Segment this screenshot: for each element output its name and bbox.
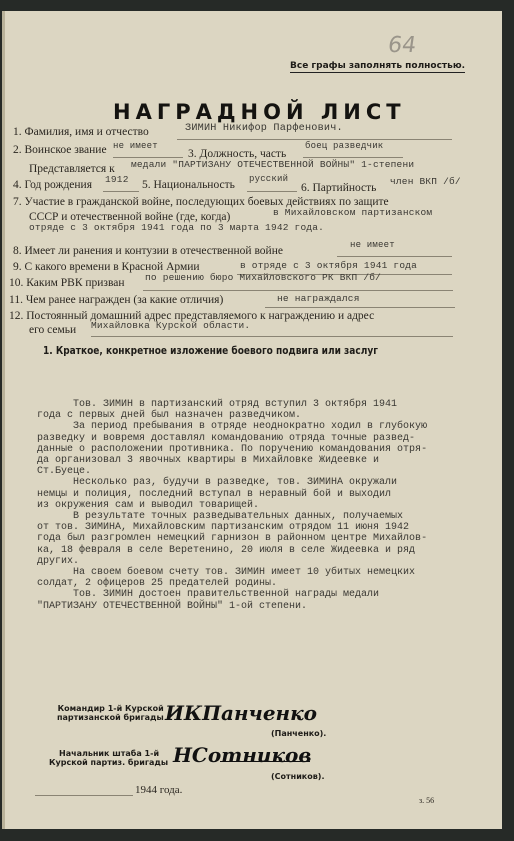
citation-line: года с первых дней был назначен разведчи…	[37, 410, 427, 421]
citation-line: Тов. ЗИМИН достоен правительственной наг…	[37, 589, 427, 600]
field-value-position: боец разведчик	[305, 141, 383, 151]
citation-line: На своем боевом счету тов. ЗИМИН имеет 1…	[37, 567, 427, 578]
form-number: з. 56	[419, 796, 434, 805]
field-value-award: медали "ПАРТИЗАНУ ОТЕЧЕСТВЕННОЙ ВОЙНЫ" 1…	[131, 159, 414, 170]
citation-line: Несколько раз, будучи в разведке, тов. З…	[37, 477, 427, 488]
signatory-commander-name: (Панченко).	[271, 729, 326, 738]
field-underline	[247, 191, 297, 192]
field-underline	[103, 191, 139, 192]
signature-commander: ИКПанченко	[165, 701, 317, 725]
citation-body: Тов. ЗИМИН в партизанский отряд вступил …	[37, 399, 427, 612]
citation-line: других.	[37, 556, 427, 567]
field-value-party: член ВКП /б/	[390, 176, 461, 187]
citation-line: да организовал 3 явочных квартиры в Миха…	[37, 455, 427, 466]
field-value-name: ЗИМИН Никифор Парфенович.	[185, 123, 343, 134]
field-underline	[303, 157, 403, 158]
citation-line: Ст.Буеце.	[37, 466, 427, 477]
field-underline	[91, 336, 453, 337]
signature-chief-of-staff: НСотников	[173, 743, 311, 767]
citation-line: За период пребывания в отряде неоднократ…	[37, 421, 427, 432]
citation-line: В результате точных разведывательных дан…	[37, 511, 427, 522]
archive-page-number: 64	[386, 33, 418, 58]
citation-line: "ПАРТИЗАНУ ОТЕЧЕСТВЕННОЙ ВОЙНЫ" 1-ой сте…	[37, 601, 427, 612]
field-value-wounds: не имеет	[350, 240, 395, 250]
document-title: НАГРАДНОЙ ЛИСТ	[113, 100, 406, 124]
field-label-address-2: его семьи	[29, 324, 76, 336]
field-value-nationality: русский	[249, 174, 288, 184]
citation-line: ка, 18 февраля в селе Веретенино, 20 июл…	[37, 545, 427, 556]
citation-line: разведку и вовремя доставлял командовани…	[37, 433, 427, 444]
field-underline	[337, 256, 452, 257]
signatory-chief-of-staff-role: Начальник штаба 1-й Курской партиз. бриг…	[49, 749, 168, 767]
citation-line: от тов. ЗИМИНА, Михайловским партизански…	[37, 522, 427, 533]
citation-line: немцы и полиция, последний вступал в нер…	[37, 489, 427, 500]
field-underline	[143, 290, 453, 291]
signature-stroke	[220, 761, 310, 762]
field-label-award: Представляется к	[29, 163, 115, 175]
signatory-commander-role: Командир 1-й Курской партизанской бригад…	[57, 704, 164, 722]
field-value-rank: не имеет	[113, 141, 158, 151]
field-value-address: Михайловка Курской области.	[91, 320, 250, 331]
date-underline	[35, 795, 133, 796]
field-label-wounds: 8. Имеет ли ранения и контузии в отечест…	[13, 245, 283, 257]
award-sheet-page: 64 Все графы заполнять полностью. НАГРАД…	[2, 11, 502, 829]
field-value-draft-office: по решению бюро Михайловского РК ВКП /б/	[145, 272, 381, 283]
signatory-chief-of-staff-name: (Сотников).	[271, 772, 324, 781]
field-label-rank: 2. Воинское звание	[13, 144, 107, 156]
field-label-previous-awards: 11. Чем ранее награжден (за какие отличи…	[9, 294, 223, 306]
field-underline	[113, 157, 183, 158]
field-underline	[177, 139, 452, 140]
citation-line: солдат, 2 офицеров 25 предателей родины.	[37, 578, 427, 589]
field-underline	[265, 307, 455, 308]
section-heading: 1. Краткое, конкретное изложение боевого…	[43, 344, 378, 357]
field-value-birth-year: 1912	[105, 174, 129, 185]
field-value-service-start: в отряде с 3 октября 1941 года	[240, 260, 417, 271]
field-label-party: 6. Партийность	[301, 182, 376, 194]
instruction-note: Все графы заполнять полностью.	[290, 61, 465, 73]
document-year: 1944 года.	[135, 784, 182, 796]
field-value-war-participation: в Михайловском партизанском	[273, 207, 432, 218]
citation-line: из окружения сам и выводил товарищей.	[37, 500, 427, 511]
field-label-birth-year: 4. Год рождения	[13, 179, 92, 191]
field-label-draft-office: 10. Каким РВК призван	[9, 277, 125, 289]
field-label-nationality: 5. Национальность	[142, 179, 235, 191]
field-label-name: 1. Фамилия, имя и отчество	[13, 126, 149, 138]
citation-line: года был разгромлен немецкий гарнизон в …	[37, 533, 427, 544]
field-value-war-participation-2: отряде с 3 октября 1941 года по 3 марта …	[29, 222, 324, 233]
citation-line: Тов. ЗИМИН в партизанский отряд вступил …	[37, 399, 427, 410]
citation-line: данные о расположении противника. По пор…	[37, 444, 427, 455]
field-value-previous-awards: не награждался	[277, 293, 360, 304]
